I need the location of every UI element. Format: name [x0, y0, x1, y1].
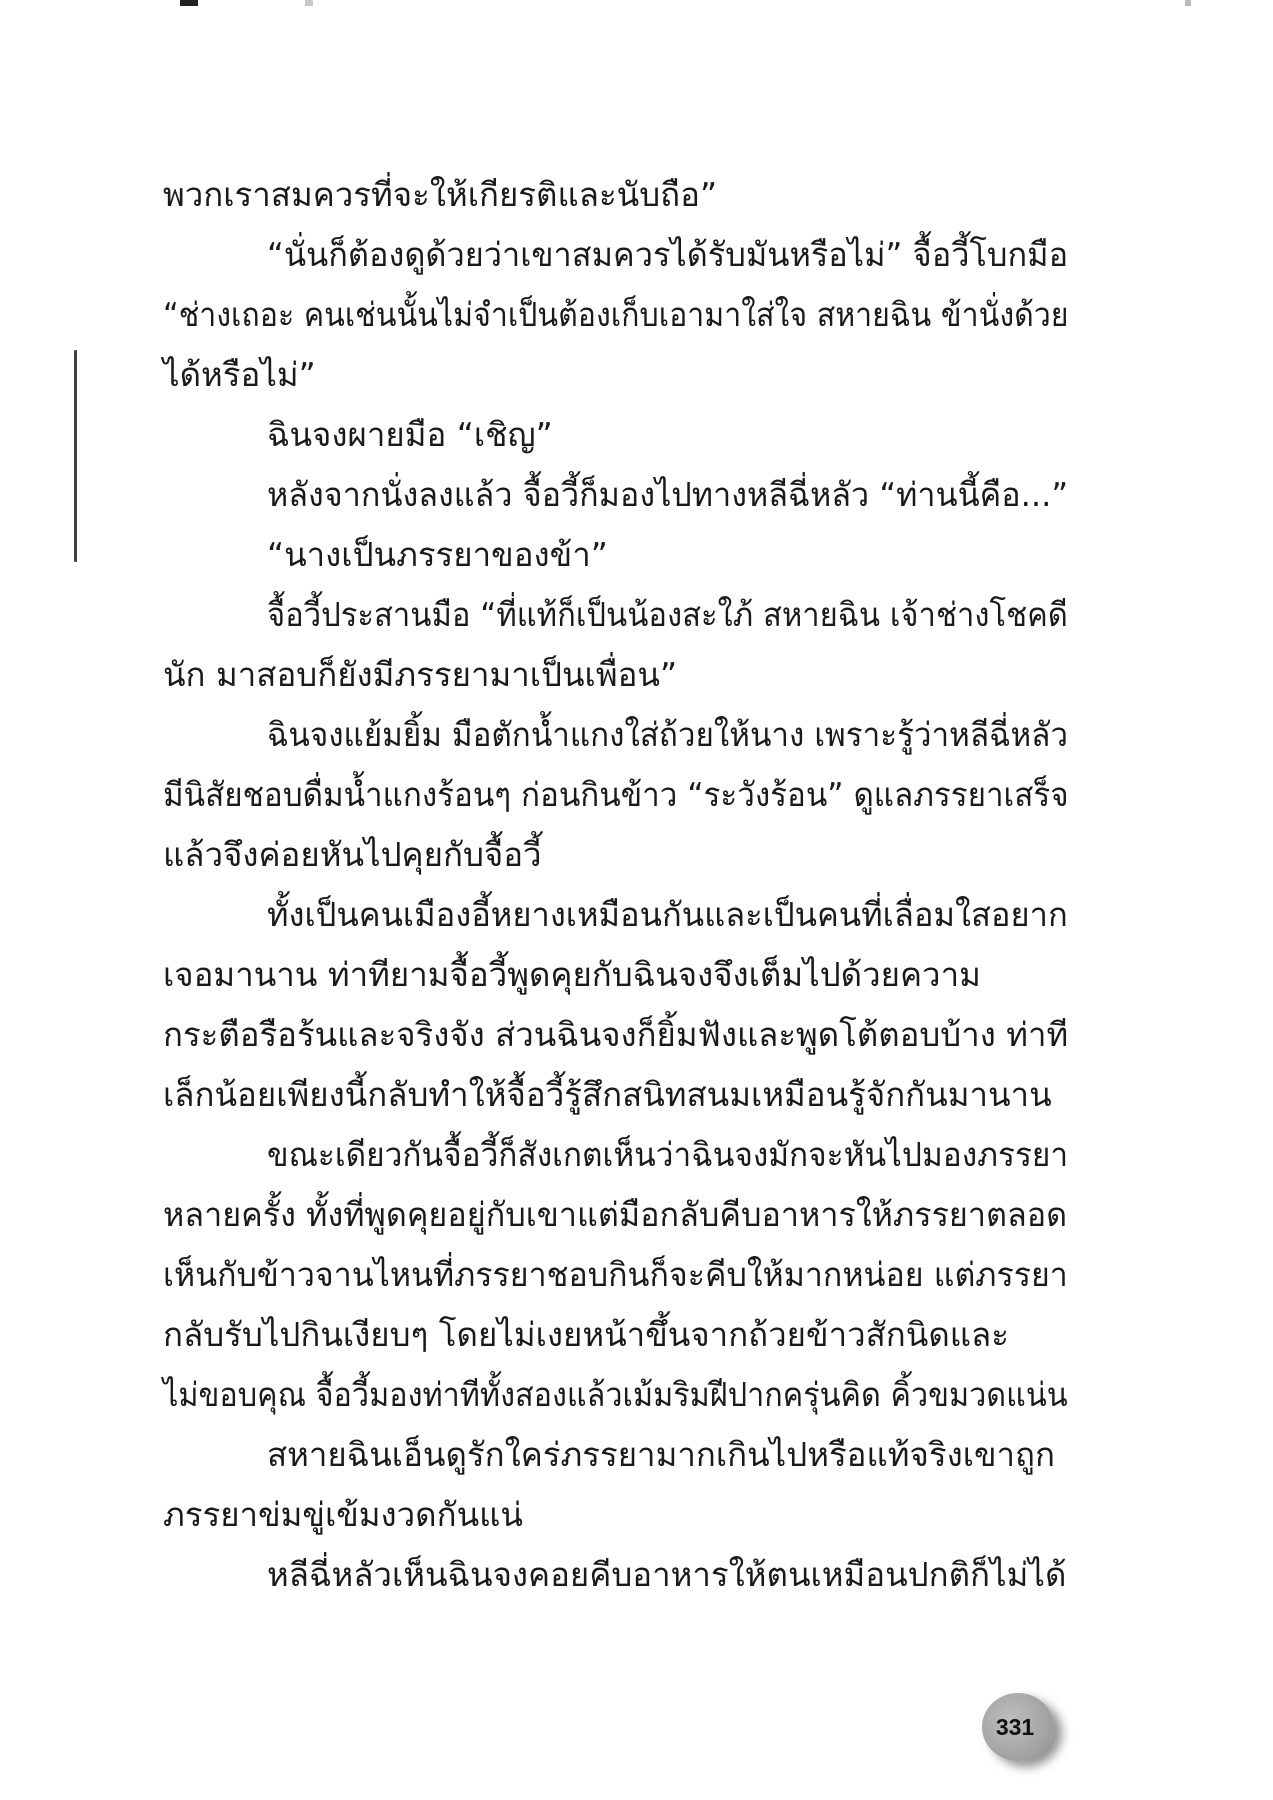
text-line: “นั่นก็ต้องดูด้วยว่าเขาสมควรได้รับมันหรื…	[267, 230, 1068, 280]
text-line: เล็กน้อยเพียงนี้กลับทำให้จื้อวี้รู้สึกสน…	[163, 1070, 1052, 1120]
scan-artifact	[305, 0, 313, 6]
text-line: หลีฉี่หลัวเห็นฉินจงคอยคีบอาหารให้ตนเหมือ…	[267, 1550, 1066, 1600]
text-line: จื้อวี้ประสานมือ “ที่แท้ก็เป็นน้องสะใภ้ …	[267, 590, 1068, 640]
text-line: พวกเราสมควรที่จะให้เกียรติและนับถือ”	[163, 170, 717, 220]
text-line: กระตือรือร้นและจริงจัง ส่วนฉินจงก็ยิ้มฟั…	[163, 1010, 1068, 1060]
text-line: เห็นกับข้าวจานไหนที่ภรรยาชอบกินก็จะคีบให…	[163, 1250, 1068, 1300]
text-line: หลายครั้ง ทั้งที่พูดคุยอยู่กับเขาแต่มือก…	[163, 1190, 1067, 1240]
text-line: สหายฉินเอ็นดูรักใคร่ภรรยามากเกินไปหรือแท…	[267, 1430, 1055, 1480]
text-line: แล้วจึงค่อยหันไปคุยกับจื้อวี้	[163, 830, 542, 880]
scan-artifact	[1185, 0, 1191, 6]
text-line: นัก มาสอบก็ยังมีภรรยามาเป็นเพื่อน”	[163, 650, 677, 700]
text-line: ไม่ขอบคุณ จื้อวี้มองท่าทีทั้งสองแล้วเม้ม…	[163, 1370, 1068, 1420]
book-page: พวกเราสมควรที่จะให้เกียรติและนับถือ” “นั…	[0, 0, 1273, 1800]
text-line: ได้หรือไม่”	[163, 350, 316, 400]
text-line: ทั้งเป็นคนเมืองอี้หยางเหมือนกันและเป็นคน…	[267, 890, 1068, 940]
text-line: มีนิสัยชอบดื่มน้ำแกงร้อนๆ ก่อนกินข้าว “ร…	[163, 770, 1069, 820]
text-line: ภรรยาข่มขู่เข้มงวดกันแน่	[163, 1490, 523, 1540]
text-line: เจอมานาน ท่าทียามจื้อวี้พูดคุยกับฉินจงจึ…	[163, 950, 981, 1000]
text-line: “นางเป็นภรรยาของข้า”	[267, 530, 608, 580]
text-line: ฉินจงผายมือ “เชิญ”	[267, 410, 553, 460]
page-number-badge: 331	[982, 1693, 1054, 1761]
text-line: ฉินจงแย้มยิ้ม มือตักน้ำแกงใส่ถ้วยให้นาง …	[267, 710, 1068, 760]
text-line: กลับรับไปกินเงียบๆ โดยไม่เงยหน้าขึ้นจากถ…	[163, 1310, 1009, 1360]
text-line: หลังจากนั่งลงแล้ว จื้อวี้ก็มองไปทางหลีฉี…	[267, 470, 1068, 520]
page-number: 331	[996, 1714, 1034, 1741]
margin-line-mark	[74, 350, 77, 562]
text-line: “ช่างเถอะ คนเช่นนั้นไม่จำเป็นต้องเก็บเอา…	[163, 290, 1069, 340]
text-line: ขณะเดียวกันจื้อวี้ก็สังเกตเห็นว่าฉินจงมั…	[267, 1130, 1068, 1180]
scan-artifact	[180, 0, 198, 6]
